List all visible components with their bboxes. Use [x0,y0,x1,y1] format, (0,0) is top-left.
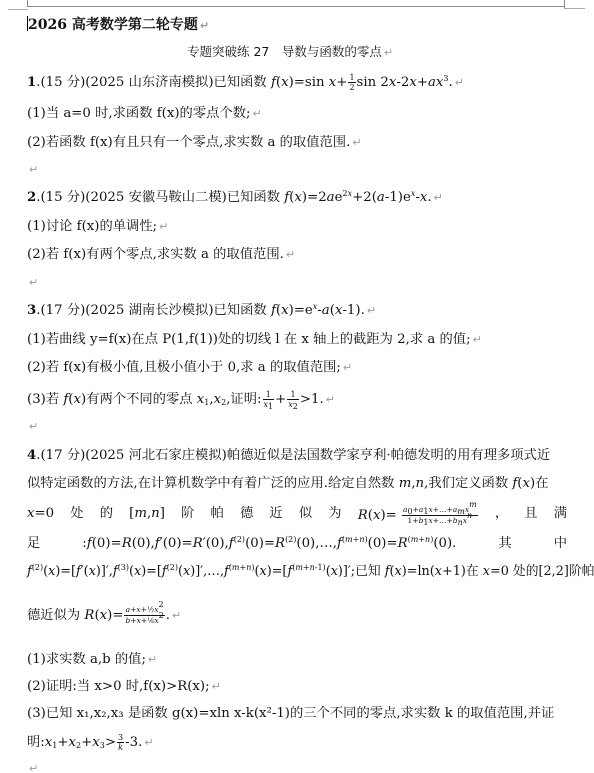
paragraph-mark-icon: ↵ [352,136,361,149]
problem-4-body-line-3[interactable]: 足:f(0)=R(0),f′(0)=R′(0),f(2)(0)=R(2)(0),… [27,535,567,553]
problem-number: 2 [27,190,36,205]
fraction-one-half: 12 [348,73,355,92]
problem-3-part-2[interactable]: (2)若 f(x)有极小值,且极小值小于 0,求 a 的取值范围;↵ [27,359,352,377]
problem-3-stem[interactable]: 3.(17 分)(2025 湖南长沙模拟)已知函数 f(x)=ex-a(x-1)… [27,302,376,320]
empty-paragraph[interactable]: ↵ [27,161,38,179]
problem-4-body-line-2[interactable]: x=0处的[m,n]阶帕德近似为 R(x)= a0+a1x+…+amxm1+b1… [27,505,567,526]
problem-4-body-line-5[interactable]: 德近似为 R(x)=a+x+½x2b+x+⅙x2.↵ [27,605,181,626]
problem-1-stem[interactable]: 1.(15 分)(2025 山东济南模拟)已知函数 f(x)=sin x+12s… [27,73,464,92]
paragraph-mark-icon: ↵ [148,653,157,666]
paragraph-mark-icon: ↵ [384,46,393,59]
problem-2-stem[interactable]: 2.(15 分)(2025 安徽马鞍山二模)已知函数 f(x)=2ae2x+2(… [27,189,443,207]
pade-22-fraction: a+x+½x2b+x+⅙x2 [124,605,164,626]
paragraph-mark-icon: ↵ [473,333,482,346]
problem-3-part-3[interactable]: (3)若 f(x)有两个不同的零点 x1,x2,证明:1x1+1x2>1.↵ [27,390,335,409]
part-text: (2)证明:当 x>0 时,f(x)>R(x); [27,679,210,694]
paragraph-mark-icon: ↵ [29,163,38,176]
margin-mark-right [564,8,585,9]
part-text: (1)求实数 a,b 的值; [27,652,146,667]
part-text: (1)讨论 f(x)的单调性; [27,219,157,234]
problem-4-stem[interactable]: 4.(17 分)(2025 河北石家庄模拟)帕德近似是法国数学家亨利·帕德发明的… [27,447,550,465]
header-text: 2026 高考数学第二轮专题 [28,17,198,33]
paragraph-mark-icon: ↵ [29,762,38,773]
paragraph-mark-icon: ↵ [29,276,38,289]
part-text: (2)若 f(x)有两个零点,求实数 a 的取值范围. [27,247,284,262]
problem-intro: .(15 分)(2025 安徽马鞍山二模)已知函数 [36,190,284,205]
paragraph-mark-icon: ↵ [455,76,464,89]
problem-number: 1 [27,75,36,90]
pade-general-fraction: a0+a1x+…+amxm1+b1x+…+bnxn [402,505,478,526]
paragraph-mark-icon: ↵ [212,680,221,693]
problem-4-part-2[interactable]: (2)证明:当 x>0 时,f(x)>R(x);↵ [27,678,221,696]
problem-number: 4 [27,448,36,463]
part-text: (3)已知 x₁,x₂,x₃ 是函数 g(x)=xln x-k(x²-1)的三个… [27,706,554,721]
document-header[interactable]: 2026 高考数学第二轮专题↵ [27,16,209,35]
paragraph-mark-icon: ↵ [343,361,352,374]
part-text: (2)若函数 f(x)有且只有一个零点,求实数 a 的取值范围. [27,135,350,150]
part-text: (2)若 f(x)有极小值,且极小值小于 0,求 a 的取值范围; [27,360,341,375]
paragraph-mark-icon: ↵ [434,191,443,204]
header-border-right-vertical [564,0,565,8]
paragraph-mark-icon: ↵ [172,609,181,622]
page-title[interactable]: 专题突破练 27 导数与函数的零点↵ [187,43,393,62]
part-text: (1)若曲线 y=f(x)在点 P(1,f(1))处的切线 l 在 x 轴上的截… [27,332,471,347]
problem-number: 3 [27,303,36,318]
margin-mark-left [8,9,28,10]
paragraph-mark-icon: ↵ [367,304,376,317]
problem-2-part-2[interactable]: (2)若 f(x)有两个零点,求实数 a 的取值范围.↵ [27,246,295,264]
paragraph-mark-icon: ↵ [159,220,168,233]
paragraph-mark-icon: ↵ [326,393,335,406]
header-border-top [27,6,565,7]
problem-1-part-2[interactable]: (2)若函数 f(x)有且只有一个零点,求实数 a 的取值范围.↵ [27,134,362,152]
paragraph-mark-icon: ↵ [253,107,262,120]
paragraph-mark-icon: ↵ [200,19,209,32]
subtitle-text: 专题突破练 27 导数与函数的零点 [187,44,382,59]
paragraph-mark-icon: ↵ [29,420,38,433]
problem-intro: .(17 分)(2025 湖南长沙模拟)已知函数 [36,303,271,318]
problem-4-body-line-4[interactable]: f(2)(x)=[f′(x)]′,f(3)(x)=[f(2)(x)]′,…,f(… [27,563,594,581]
empty-paragraph[interactable]: ↵ [27,274,38,292]
paragraph-mark-icon: ↵ [144,736,153,749]
problem-1-part-1[interactable]: (1)当 a=0 时,求函数 f(x)的零点个数;↵ [27,105,262,123]
fraction-3-over-k: 3k [117,733,124,752]
problem-2-part-1[interactable]: (1)讨论 f(x)的单调性;↵ [27,218,168,236]
problem-3-part-1[interactable]: (1)若曲线 y=f(x)在点 P(1,f(1))处的切线 l 在 x 轴上的截… [27,331,482,349]
problem-intro: .(17 分)(2025 河北石家庄模拟)帕德近似是法国数学家亨利·帕德发明的用… [36,448,550,463]
part-text: (1)当 a=0 时,求函数 f(x)的零点个数; [27,106,251,121]
problem-4-body-line-1[interactable]: 似特定函数的方法,在计算机数学中有着广泛的应用.给定自然数 m,n,我们定义函数… [27,475,549,493]
paragraph-mark-icon: ↵ [286,248,295,261]
problem-intro: .(15 分)(2025 山东济南模拟)已知函数 [36,75,271,90]
empty-paragraph[interactable]: ↵ [27,418,38,436]
fraction-1-over-x1: 1x1 [263,390,275,409]
fraction-1-over-x2: 1x2 [287,390,299,409]
problem-4-part-3-cont[interactable]: 明:x1+x2+x3>3k-3.↵ [27,733,154,752]
problem-4-part-3[interactable]: (3)已知 x₁,x₂,x₃ 是函数 g(x)=xln x-k(x²-1)的三个… [27,705,554,723]
problem-4-part-1[interactable]: (1)求实数 a,b 的值;↵ [27,651,157,669]
empty-paragraph[interactable]: ↵ [27,760,38,773]
